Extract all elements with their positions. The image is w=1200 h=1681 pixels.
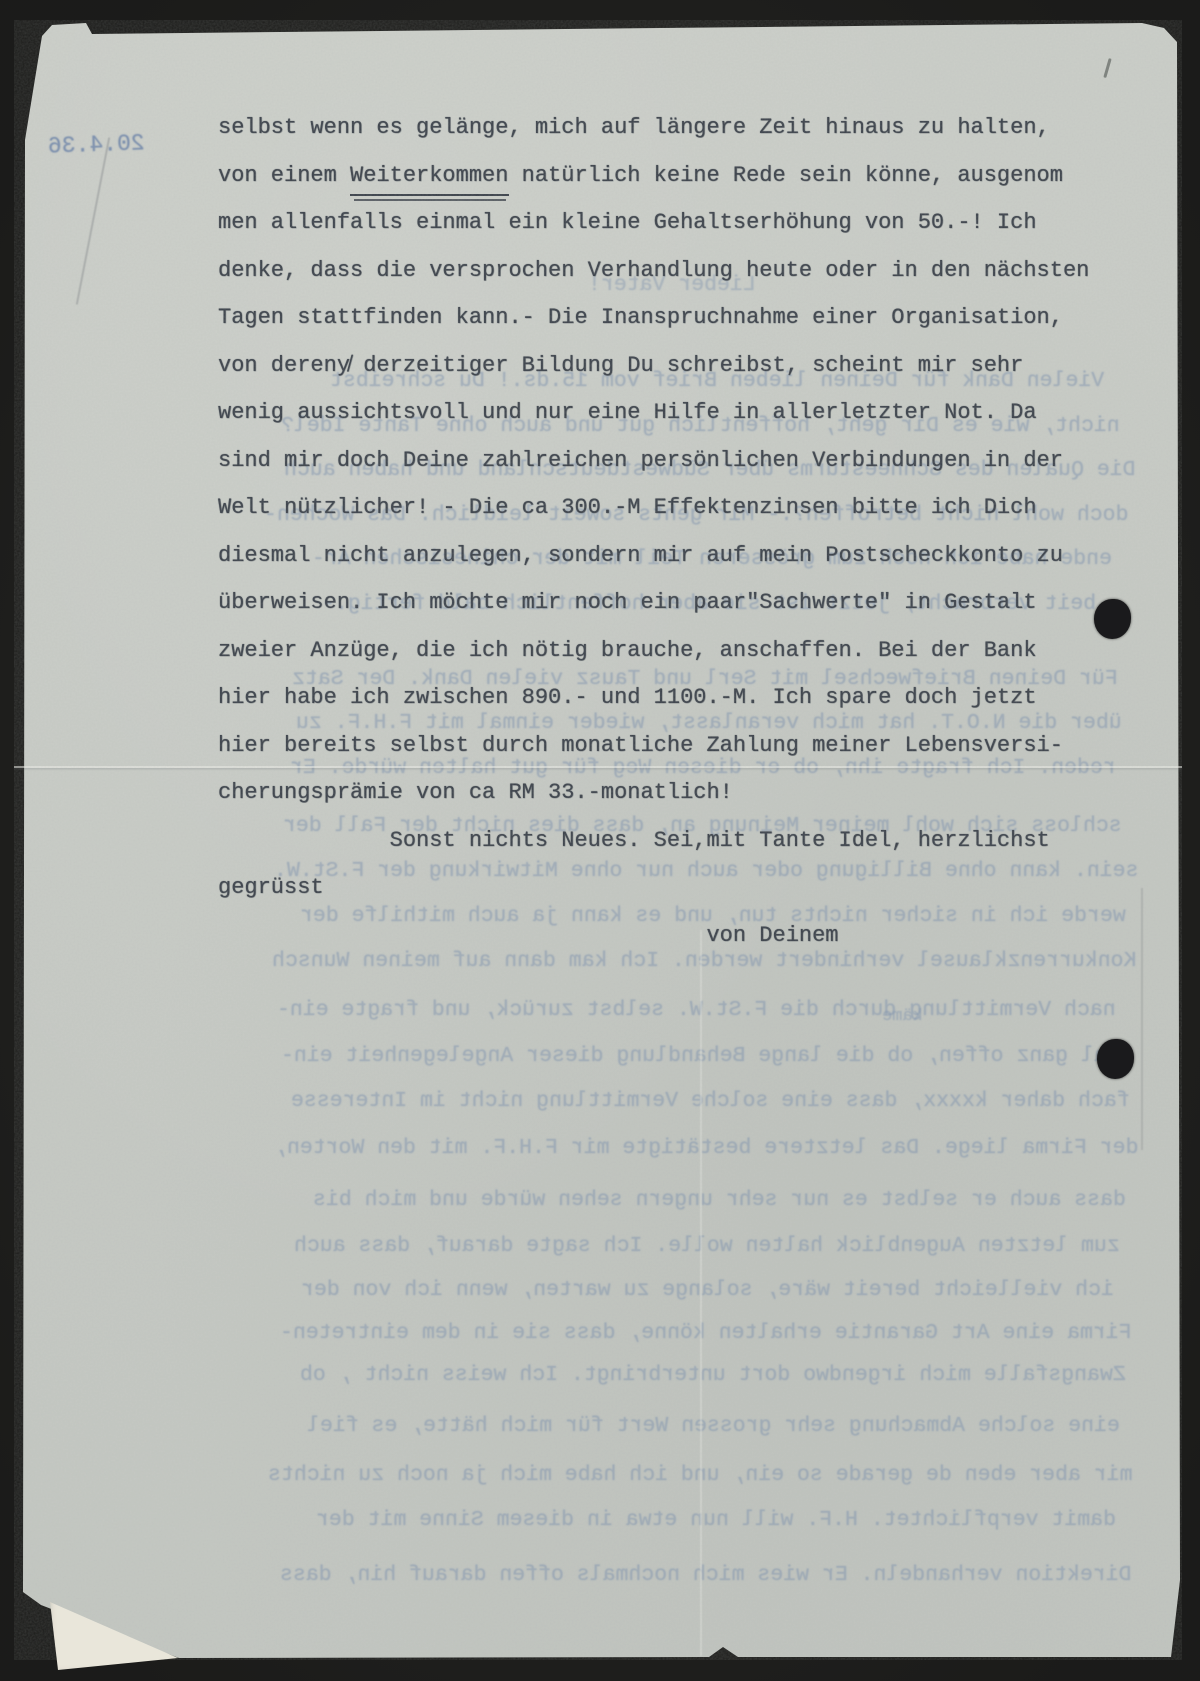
letter-line: Welt nützlicher! - Die ca 300.-M Effekte… (218, 484, 1178, 532)
hole-punch (1097, 1039, 1134, 1079)
letter-line: men allenfalls einmal ein kleine Gehalts… (218, 199, 1178, 247)
letter-line: Sonst nichts Neues. Sei,mit Tante Idel, … (218, 817, 1178, 865)
letter-line: hier bereits selbst durch monatliche Zah… (218, 722, 1178, 770)
letter-line: hier habe ich zwischen 890.- und 1100.-M… (218, 674, 1178, 722)
hole-punch (1094, 599, 1131, 639)
scanned-letter: 20.4.36 Lieber Vater!Vielen Dank für Dei… (0, 0, 1200, 1681)
letter-line: wenig aussichtsvoll und nur eine Hilfe i… (218, 389, 1178, 437)
fold-crease-horizontal (14, 766, 1182, 768)
letter-line: Tagen stattfinden kann.- Die Inanspruchn… (218, 294, 1178, 342)
letter-line: zweier Anzüge, die ich nötig brauche, an… (218, 627, 1178, 675)
letter-line: selbst wenn es gelänge, mich auf längere… (218, 104, 1178, 152)
letter-line: diesmal nicht anzulegen, sondern mir auf… (218, 532, 1178, 580)
crease-vertical-center (700, 930, 702, 1656)
weiterkommen-underline-second (354, 199, 506, 201)
typed-text-layer: selbst wenn es gelänge, mich auf längere… (218, 104, 1178, 959)
letter-line: cherungsprämie von ca RM 33.-monatlich! (218, 769, 1178, 817)
weiterkommen-underline (350, 194, 509, 196)
letter-line: von einem Weiterkommen natürlich keine R… (218, 152, 1178, 200)
letter-line: sind mir doch Deine zahlreichen persönli… (218, 437, 1178, 485)
crease-vertical-right (1141, 888, 1143, 1150)
letter-line: von Deinem (218, 912, 1178, 960)
letter-line: von dereny̸ derzeitiger Bildung Du schre… (218, 342, 1178, 390)
letter-line: denke, dass die versprochen Verhandlung … (218, 247, 1178, 295)
letter-line: gegrüsst (218, 864, 1178, 912)
letter-line: überweisen. Ich möchte mir noch ein paar… (218, 579, 1178, 627)
